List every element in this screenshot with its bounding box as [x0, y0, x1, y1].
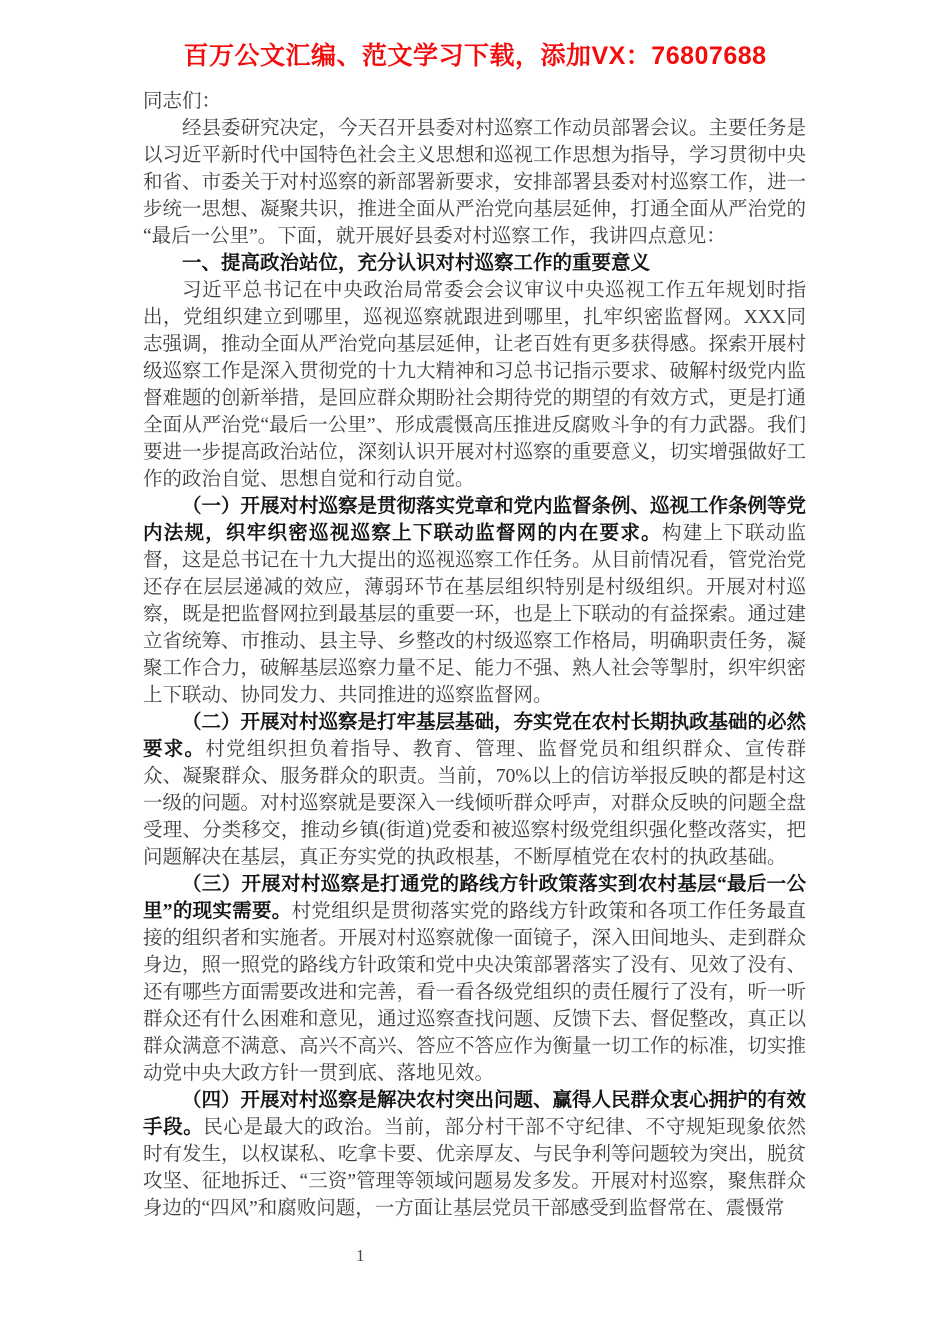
subsection-2-text: 村党组织担负着指导、教育、管理、监督党员和组织群众、宣传群众、凝聚群众、服务群众…: [143, 739, 806, 868]
paragraph-section-1-body: 习近平总书记在中央政治局常委会会议审议中央巡视工作五年规划时指出，党组织建立到哪…: [143, 277, 806, 493]
paragraph-subsection-4: （四）开展对村巡察是解决农村突出问题、赢得人民群众衷心拥护的有效手段。民心是最大…: [143, 1087, 806, 1222]
paragraph-subsection-1: （一）开展对村巡察是贯彻落实党章和党内监督条例、巡视工作条例等党内法规，织牢织密…: [143, 493, 806, 709]
document-body: 同志们： 经县委研究决定，今天召开县委对村巡察工作动员部署会议。主要任务是以习近…: [143, 88, 806, 1222]
salutation: 同志们：: [143, 88, 806, 115]
subsection-1-text: 构建上下联动监督，这是总书记在十九大提出的巡视巡察工作任务。从目前情况看，管党治…: [143, 523, 806, 706]
paragraph-subsection-3: （三）开展对村巡察是打通党的路线方针政策落实到农村基层“最后一公里”的现实需要。…: [143, 871, 806, 1087]
promo-header-text: 百万公文汇编、范文学习下载，添加VX：76807688: [0, 41, 950, 71]
section-heading-1: 一、提高政治站位，充分认识对村巡察工作的重要意义: [143, 250, 806, 277]
paragraph-subsection-2: （二）开展对村巡察是打牢基层基础，夯实党在农村长期执政基础的必然要求。村党组织担…: [143, 709, 806, 871]
page-number: 1: [356, 1245, 365, 1267]
paragraph-intro: 经县委研究决定，今天召开县委对村巡察工作动员部署会议。主要任务是以习近平新时代中…: [143, 115, 806, 250]
document-page: 百万公文汇编、范文学习下载，添加VX：76807688 同志们： 经县委研究决定…: [0, 0, 950, 1344]
subsection-4-text: 民心是最大的政治。当前，部分村干部不守纪律、不守规矩现象依然时有发生，以权谋私、…: [143, 1117, 806, 1219]
subsection-3-text: 村党组织是贯彻落实党的路线方针政策和各项工作任务最直接的组织者和实施者。开展对村…: [143, 901, 806, 1084]
